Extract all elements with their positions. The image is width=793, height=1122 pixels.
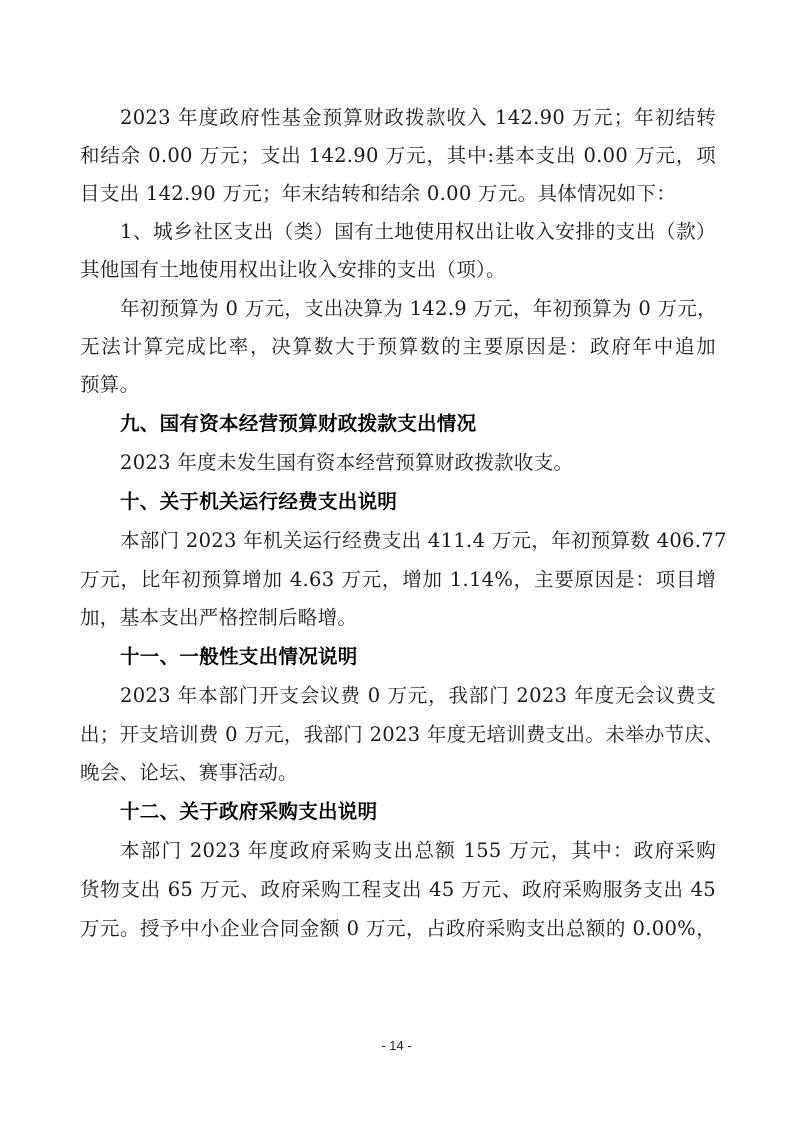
paragraph-line: 2023 年度未发生国有资本经营预算财政拨款收支。 (120, 448, 716, 478)
paragraph-line: 万元。授予中小企业合同金额 0 万元，占政府采购支出总额的 0.00%， (80, 914, 716, 944)
section-heading-10: 十、关于机关运行经费支出说明 (120, 487, 716, 517)
paragraph-line: 万元，比年初预算增加 4.63 万元，增加 1.14%，主要原因是：项目增 (80, 565, 716, 595)
document-page: 2023 年度政府性基金预算财政拨款收入 142.90 万元；年初结转 和结余 … (0, 0, 793, 1122)
paragraph-line: 本部门 2023 年度政府采购支出总额 155 万元，其中：政府采购 (120, 836, 716, 866)
list-item-line: 1、城乡社区支出（类）国有土地使用权出让收入安排的支出（款） (120, 217, 716, 247)
paragraph-line: 和结余 0.00 万元；支出 142.90 万元，其中:基本支出 0.00 万元… (80, 141, 716, 171)
paragraph-line: 2023 年度政府性基金预算财政拨款收入 142.90 万元；年初结转 (120, 103, 716, 133)
section-heading-12: 十二、关于政府采购支出说明 (120, 797, 716, 827)
paragraph-line: 目支出 142.90 万元；年末结转和结余 0.00 万元。具体情况如下： (80, 179, 716, 209)
paragraph-line: 2023 年本部门开支会议费 0 万元，我部门 2023 年度无会议费支 (120, 681, 716, 711)
paragraph-line: 加，基本支出严格控制后略增。 (80, 603, 716, 633)
page-number: - 14 - (0, 1038, 793, 1053)
paragraph-line: 晚会、论坛、赛事活动。 (80, 758, 716, 788)
paragraph-line: 预算。 (80, 370, 716, 400)
section-heading-11: 十一、一般性支出情况说明 (120, 642, 716, 672)
section-heading-9: 九、国有资本经营预算财政拨款支出情况 (120, 409, 716, 439)
paragraph-line: 本部门 2023 年机关运行经费支出 411.4 万元，年初预算数 406.77 (120, 526, 716, 556)
paragraph-line: 年初预算为 0 万元，支出决算为 142.9 万元，年初预算为 0 万元， (120, 294, 716, 324)
list-item-line: 其他国有土地使用权出让收入安排的支出（项）。 (80, 255, 716, 285)
paragraph-line: 货物支出 65 万元、政府采购工程支出 45 万元、政府采购服务支出 45 (80, 875, 716, 905)
paragraph-line: 无法计算完成比率，决算数大于预算数的主要原因是：政府年中追加 (80, 332, 716, 362)
paragraph-line: 出；开支培训费 0 万元，我部门 2023 年度无培训费支出。未举办节庆、 (80, 720, 716, 750)
